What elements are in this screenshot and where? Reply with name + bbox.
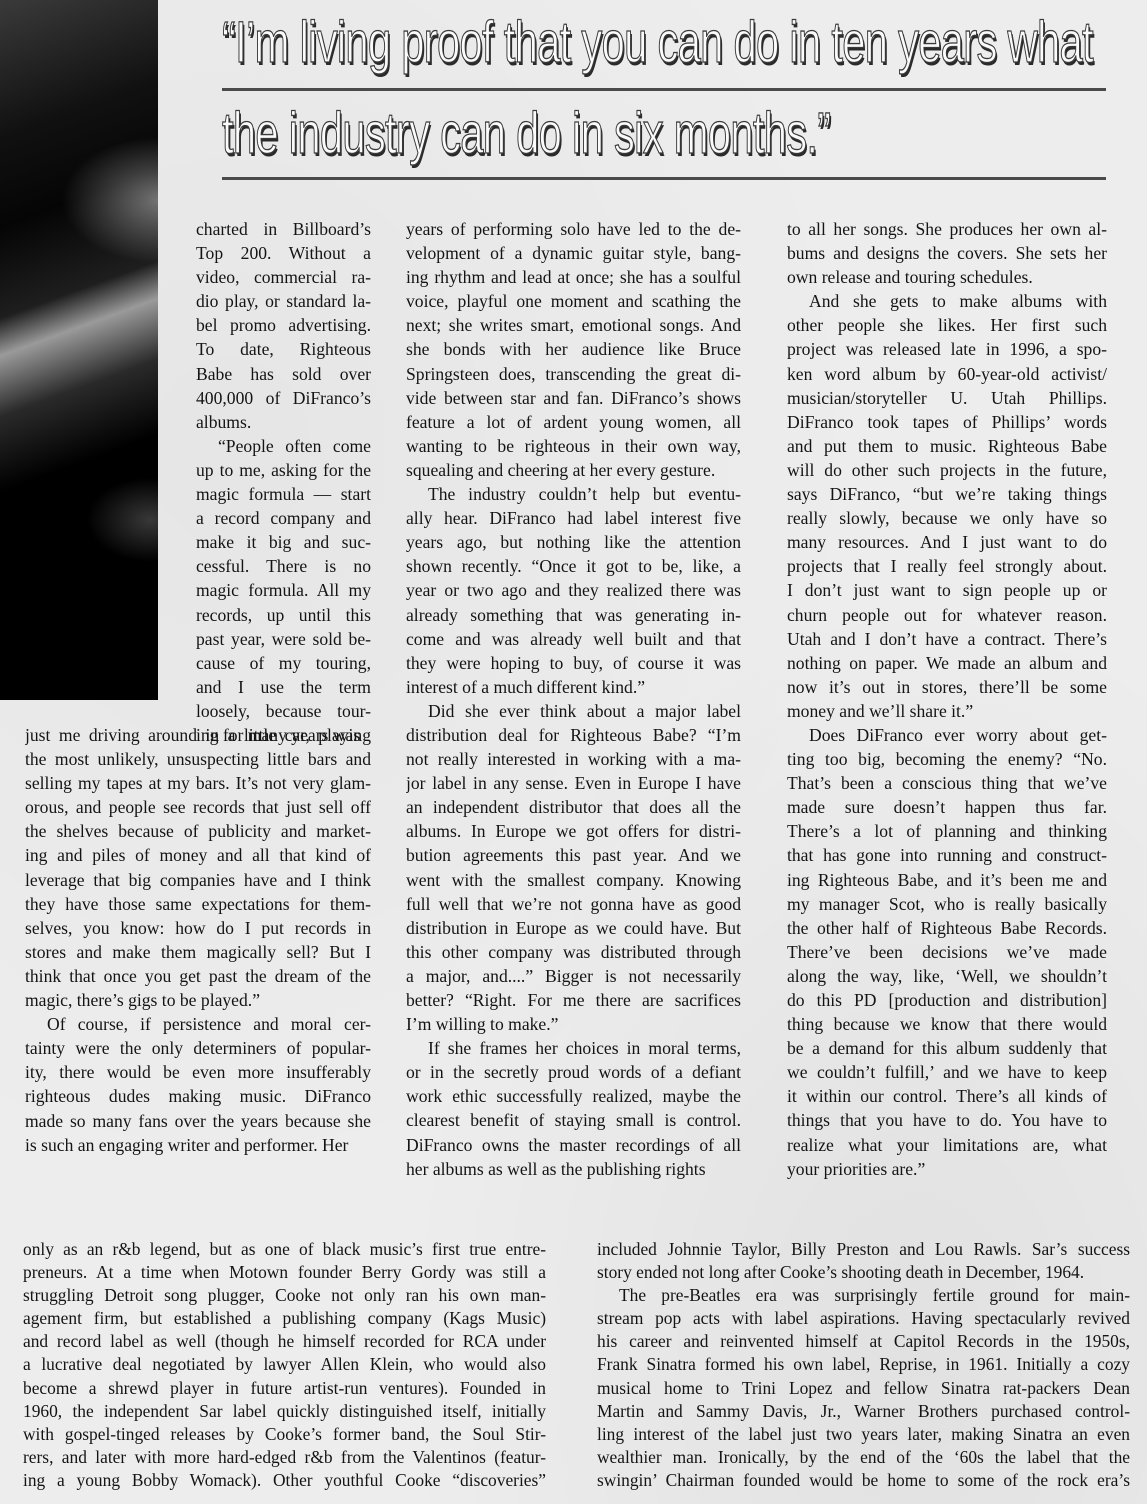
text-line: I’m willing to make.”: [406, 1012, 741, 1036]
text-line: or in the secretly proud words of a defi…: [406, 1060, 741, 1084]
text-line: jor label in any sense. Even in Europe I…: [406, 771, 741, 795]
text-line: There’s a lot of planning and thinking: [787, 819, 1107, 843]
text-line: righteous dudes making music. DiFranco: [25, 1084, 371, 1108]
text-line: and put them to music. Righteous Babe: [787, 434, 1107, 458]
text-line: made so many fans over the years because…: [25, 1109, 371, 1133]
text-line: work ethic successfully realized, maybe …: [406, 1084, 741, 1108]
text-line: projects that I really feel strongly abo…: [787, 554, 1107, 578]
text-line: she bonds with her audience like Bruce: [406, 337, 741, 361]
text-line: be a demand for this album suddenly that: [787, 1036, 1107, 1060]
text-line: Of course, if persistence and moral cer-: [25, 1012, 371, 1036]
text-line: swingin’ Chairman founded would be home …: [597, 1469, 1130, 1492]
text-line: realize what your limitations are, what: [787, 1133, 1107, 1157]
text-line: vide between star and fan. DiFranco’s sh…: [406, 386, 741, 410]
text-line: ing rhythm and lead at once; she has a s…: [406, 265, 741, 289]
text-line: The industry couldn’t help but eventu-: [406, 482, 741, 506]
text-line: not really interested in working with a …: [406, 747, 741, 771]
text-line: become a shrewd player in future artist-…: [23, 1377, 546, 1400]
text-line: included Johnnie Taylor, Billy Preston a…: [597, 1238, 1130, 1261]
text-line: selling my tapes at my bars. It’s not ve…: [25, 771, 371, 795]
text-line: better? “Right. For me there are sacrifi…: [406, 988, 741, 1012]
article-bottom-column-1: only as an r&b legend, but as one of bla…: [23, 1238, 546, 1492]
text-line: they were hoping to buy, of course it wa…: [406, 651, 741, 675]
text-line: Martin and Sammy Davis, Jr., Warner Brot…: [597, 1400, 1130, 1423]
text-line: To date, Righteous: [196, 337, 371, 361]
text-line: DiFranco took tapes of Phillips’ words: [787, 410, 1107, 434]
article-bottom-column-2: included Johnnie Taylor, Billy Preston a…: [597, 1238, 1130, 1492]
text-line: ing Righteous Babe, and it’s been me and: [787, 868, 1107, 892]
text-line: selves, you know: how do I put records i…: [25, 916, 371, 940]
text-line: years of performing solo have led to the…: [406, 217, 741, 241]
text-line: cause of my touring,: [196, 651, 371, 675]
text-line: thing because we know that there would: [787, 1012, 1107, 1036]
text-line: cessful. There is no: [196, 554, 371, 578]
text-line: ting too big, becoming the enemy? “No.: [787, 747, 1107, 771]
text-line: we couldn’t fulfill,’ and we have to kee…: [787, 1060, 1107, 1084]
article-top-column-1-wide: just me driving around in a little car, …: [25, 723, 371, 1157]
text-line: an independent distributor that does all…: [406, 795, 741, 819]
text-line: and I use the term: [196, 675, 371, 699]
text-line: albums. In Europe we got offers for dist…: [406, 819, 741, 843]
text-line: loosely, because tour-: [196, 699, 371, 723]
pull-quote-rule-2: [222, 177, 1106, 180]
text-line: a lucrative deal negotiated by lawyer Al…: [23, 1353, 546, 1376]
text-line: musical home to Trini Lopez and fellow S…: [597, 1377, 1130, 1400]
text-line: bums and designs the covers. She sets he…: [787, 241, 1107, 265]
text-line: Top 200. Without a: [196, 241, 371, 265]
text-line: many resources. And I just want to do: [787, 530, 1107, 554]
text-line: Utah and I don’t have a contract. There’…: [787, 627, 1107, 651]
text-line: ity, there would be even more insufferab…: [25, 1060, 371, 1084]
text-line: says DiFranco, “but we’re taking things: [787, 482, 1107, 506]
text-line: along the way, like, ‘Well, we shouldn’t: [787, 964, 1107, 988]
text-line: bel promo advertising.: [196, 313, 371, 337]
text-line: Does DiFranco ever worry about get-: [787, 723, 1107, 747]
text-line: wealthier man. Ironically, by the end of…: [597, 1446, 1130, 1469]
text-line: distribution in Europe as we could have.…: [406, 916, 741, 940]
article-top-column-2: years of performing solo have led to the…: [406, 217, 741, 1181]
text-line: money and we’ll share it.”: [787, 699, 1107, 723]
text-line: wanting to be righteous in their own way…: [406, 434, 741, 458]
text-line: ally hear. DiFranco had label interest f…: [406, 506, 741, 530]
text-line: the other half of Righteous Babe Records…: [787, 916, 1107, 940]
text-line: is such an engaging writer and performer…: [25, 1133, 371, 1157]
text-line: that has gone into running and construct…: [787, 843, 1107, 867]
text-line: come and was already well built and that: [406, 627, 741, 651]
text-line: already something that was generating in…: [406, 603, 741, 627]
text-line: project was released late in 1996, a spo…: [787, 337, 1107, 361]
text-line: video, commercial ra-: [196, 265, 371, 289]
text-line: story ended not long after Cooke’s shoot…: [597, 1261, 1130, 1284]
text-line: stream pop acts with label aspirations. …: [597, 1307, 1130, 1330]
text-line: really slowly, because we only have so: [787, 506, 1107, 530]
text-line: things that you have to do. You have to: [787, 1108, 1107, 1132]
text-line: 1960, the independent Sar label quickly …: [23, 1400, 546, 1423]
text-line: up to me, asking for the: [196, 458, 371, 482]
text-line: stores and make them magically sell? But…: [25, 940, 371, 964]
pull-quote-line-1: “I’m living proof that you can do in ten…: [222, 8, 858, 78]
text-line: do this PD [production and distribution]: [787, 988, 1107, 1012]
text-line: interest of a much different kind.”: [406, 675, 741, 699]
text-line: magic, there’s gigs to be played.”: [25, 988, 371, 1012]
text-line: rers, and later with more hard-edged r&b…: [23, 1446, 546, 1469]
text-line: nothing on paper. We made an album and: [787, 651, 1107, 675]
text-line: And she gets to make albums with: [787, 289, 1107, 313]
text-line: bution agreements this past year. And we: [406, 843, 741, 867]
text-line: think that once you get past the dream o…: [25, 964, 371, 988]
article-top-column-3: to all her songs. She produces her own a…: [787, 217, 1107, 1181]
text-line: and record label as well (though he hims…: [23, 1330, 546, 1353]
text-line: The pre-Beatles era was surprisingly fer…: [597, 1284, 1130, 1307]
text-line: ling interest of the label just two year…: [597, 1423, 1130, 1446]
text-line: ing and piles of money and all that kind…: [25, 843, 371, 867]
text-line: other people she likes. Her first such: [787, 313, 1107, 337]
text-line: If she frames her choices in moral terms…: [406, 1036, 741, 1060]
text-line: next; she writes smart, emotional songs.…: [406, 313, 741, 337]
text-line: year or two ago and they realized there …: [406, 578, 741, 602]
text-line: squealing and cheering at her every gest…: [406, 458, 741, 482]
text-line: I don’t just want to sign people up or: [787, 578, 1107, 602]
text-line: dio play, or standard la-: [196, 289, 371, 313]
pull-quote-line-2: the industry can do in six months.”: [222, 99, 858, 169]
text-line: they have those same expectations for th…: [25, 892, 371, 916]
text-line: the shelves because of publicity and mar…: [25, 819, 371, 843]
text-line: Did she ever think about a major label: [406, 699, 741, 723]
text-line: only as an r&b legend, but as one of bla…: [23, 1238, 546, 1261]
pull-quote-rule-1: [222, 88, 1106, 91]
text-line: “People often come: [196, 434, 371, 458]
text-line: the most unlikely, unsuspecting little b…: [25, 747, 371, 771]
text-line: my manager Scot, who is really basically: [787, 892, 1107, 916]
text-line: 400,000 of DiFranco’s: [196, 386, 371, 410]
text-line: agement firm, but established a publishi…: [23, 1307, 546, 1330]
text-line: made sure doesn’t happen thus far.: [787, 795, 1107, 819]
text-line: ing a young Bobby Womack). Other youthfu…: [23, 1469, 546, 1492]
text-line: clearest benefit of staying small is con…: [406, 1108, 741, 1132]
text-line: That’s been a conscious thing that we’ve: [787, 771, 1107, 795]
text-line: tainty were the only determiners of popu…: [25, 1036, 371, 1060]
text-line: this other company was distributed throu…: [406, 940, 741, 964]
text-line: your priorities are.”: [787, 1157, 1107, 1181]
text-line: magic formula — start: [196, 482, 371, 506]
text-line: with gospel-tinged releases by Cooke’s f…: [23, 1423, 546, 1446]
text-line: feature a lot of ardent young women, all: [406, 410, 741, 434]
text-line: past year, were sold be-: [196, 627, 371, 651]
text-line: ken word album by 60-year-old activist/: [787, 362, 1107, 386]
text-line: full well that we’re not gonna have as g…: [406, 892, 741, 916]
text-line: her albums as well as the publishing rig…: [406, 1157, 741, 1181]
text-line: will do other such projects in the futur…: [787, 458, 1107, 482]
text-line: voice, playful one moment and scathing t…: [406, 289, 741, 313]
text-line: DiFranco owns the master recordings of a…: [406, 1133, 741, 1157]
article-top-column-1-narrow: charted in Billboard’sTop 200. Without a…: [196, 217, 371, 747]
text-line: years ago, but nothing like the attentio…: [406, 530, 741, 554]
text-line: Springsteen does, transcending the great…: [406, 362, 741, 386]
text-line: struggling Detroit song plugger, Cooke n…: [23, 1284, 546, 1307]
text-line: charted in Billboard’s: [196, 217, 371, 241]
text-line: a major, and....” Bigger is not necessar…: [406, 964, 741, 988]
text-line: leverage that big companies have and I t…: [25, 868, 371, 892]
text-line: musician/storyteller U. Utah Phillips.: [787, 386, 1107, 410]
text-line: to all her songs. She produces her own a…: [787, 217, 1107, 241]
text-line: preneurs. At a time when Motown founder …: [23, 1261, 546, 1284]
text-line: There’ve been decisions we’ve made: [787, 940, 1107, 964]
text-line: shown recently. “Once it got to be, like…: [406, 554, 741, 578]
portrait-photo: [0, 0, 158, 700]
text-line: albums.: [196, 410, 371, 434]
text-line: went with the smallest company. Knowing: [406, 868, 741, 892]
text-line: orous, and people see records that just …: [25, 795, 371, 819]
text-line: now it’s out in stores, there’ll be some: [787, 675, 1107, 699]
text-line: a record company and: [196, 506, 371, 530]
text-line: velopment of a dynamic guitar style, ban…: [406, 241, 741, 265]
text-line: Babe has sold over: [196, 362, 371, 386]
text-line: churn people out for whatever reason.: [787, 603, 1107, 627]
text-line: magic formula. All my: [196, 578, 371, 602]
text-line: just me driving around in a little car, …: [25, 723, 371, 747]
text-line: it within our control. There’s all kinds…: [787, 1084, 1107, 1108]
text-line: distribution deal for Righteous Babe? “I…: [406, 723, 741, 747]
text-line: make it big and suc-: [196, 530, 371, 554]
text-line: his career and reinvented himself at Cap…: [597, 1330, 1130, 1353]
text-line: records, up until this: [196, 603, 371, 627]
text-line: Frank Sinatra formed his own label, Repr…: [597, 1353, 1130, 1376]
pull-quote: “I’m living proof that you can do in ten…: [222, 8, 1106, 188]
text-line: own release and touring schedules.: [787, 265, 1107, 289]
